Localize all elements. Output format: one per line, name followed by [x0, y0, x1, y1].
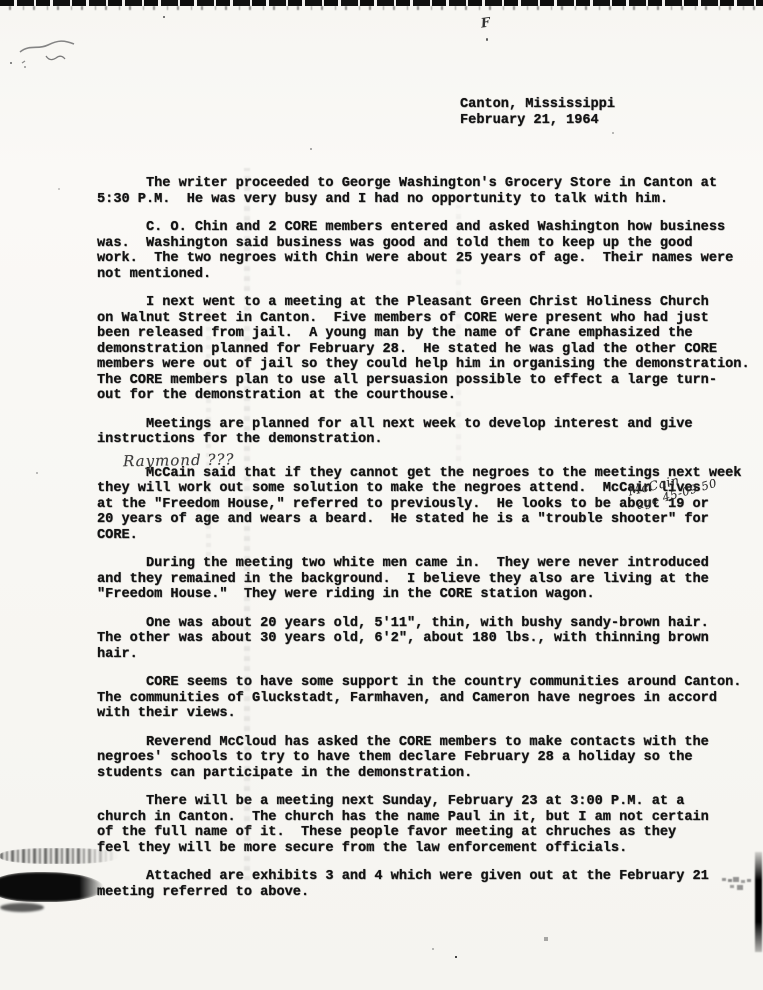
pencil-mark-dot [486, 38, 488, 41]
paragraph-sunday-meeting: There will be a meeting next Sunday, Feb… [97, 794, 757, 856]
scan-streak-artifact [755, 852, 762, 952]
ink-smudge-artifact [0, 848, 118, 864]
paragraph-attachments: Attached are exhibits 3 and 4 which were… [97, 869, 757, 900]
paragraph-meetings-planned: Meetings are planned for all next week t… [97, 417, 757, 448]
paper-specks [0, 0, 2, 2]
ink-blob-artifact [0, 872, 104, 902]
dateline-date: February 21, 1964 [460, 113, 615, 129]
scanned-document-page: F Canton, Mississippi February 21, 1964 … [0, 0, 763, 990]
paragraph-church-meeting: I next went to a meeting at the Pleasant… [97, 295, 757, 404]
paragraph-descriptions: One was about 20 years old, 5'11", thin,… [97, 616, 757, 663]
paragraph-grocery-store: The writer proceeded to George Washingto… [97, 176, 757, 207]
pencil-mark: F [480, 15, 491, 31]
ink-smudge-tail-artifact [0, 903, 44, 912]
paragraph-two-white-men: During the meeting two white men came in… [97, 556, 757, 603]
paragraph-chin-core-members: C. O. Chin and 2 CORE members entered an… [97, 220, 757, 282]
paragraph-core-support: CORE seems to have some support in the c… [97, 675, 757, 722]
edge-smudge-artifact [722, 878, 726, 881]
paragraph-reverend-mccloud: Reverend McCloud has asked the CORE memb… [97, 735, 757, 782]
dateline: Canton, Mississippi February 21, 1964 [460, 97, 615, 128]
document-body: The writer proceeded to George Washingto… [97, 176, 757, 913]
scan-edge-artifact-secondary [0, 6, 763, 10]
pencil-scribble [18, 36, 82, 70]
dateline-location: Canton, Mississippi [460, 97, 615, 113]
